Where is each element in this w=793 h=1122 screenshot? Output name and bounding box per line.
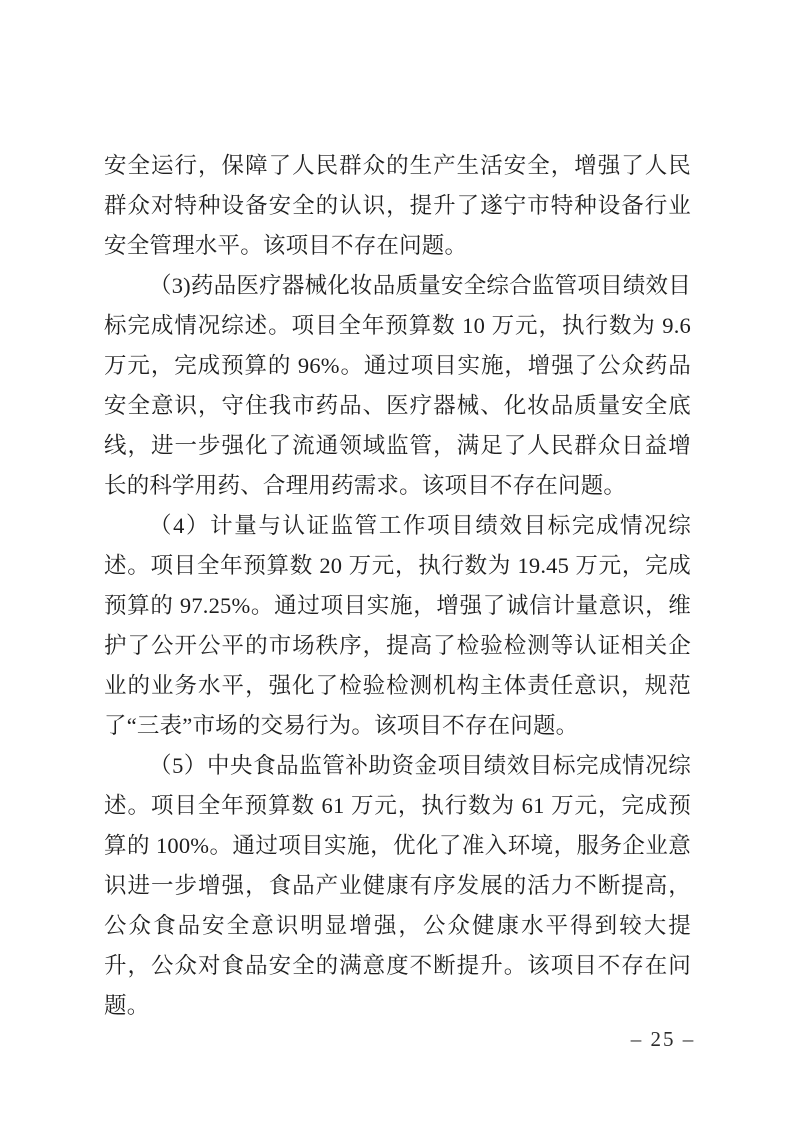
document-page: 安全运行，保障了人民群众的生产生活安全，增强了人民群众对特种设备安全的认识，提升… (0, 0, 793, 1122)
page-number: – 25 – (618, 1025, 708, 1053)
document-body: 安全运行，保障了人民群众的生产生活安全，增强了人民群众对特种设备安全的认识，提升… (104, 146, 691, 1026)
paragraph-continuation: 安全运行，保障了人民群众的生产生活安全，增强了人民群众对特种设备安全的认识，提升… (104, 146, 691, 266)
paragraph-item-4: （4）计量与认证监管工作项目绩效目标完成情况综述。项目全年预算数 20 万元，执… (104, 506, 691, 746)
paragraph-item-3: （3)药品医疗器械化妆品质量安全综合监管项目绩效目标完成情况综述。项目全年预算数… (104, 266, 691, 506)
paragraph-item-5: （5）中央食品监管补助资金项目绩效目标完成情况综述。项目全年预算数 61 万元，… (104, 746, 691, 1026)
